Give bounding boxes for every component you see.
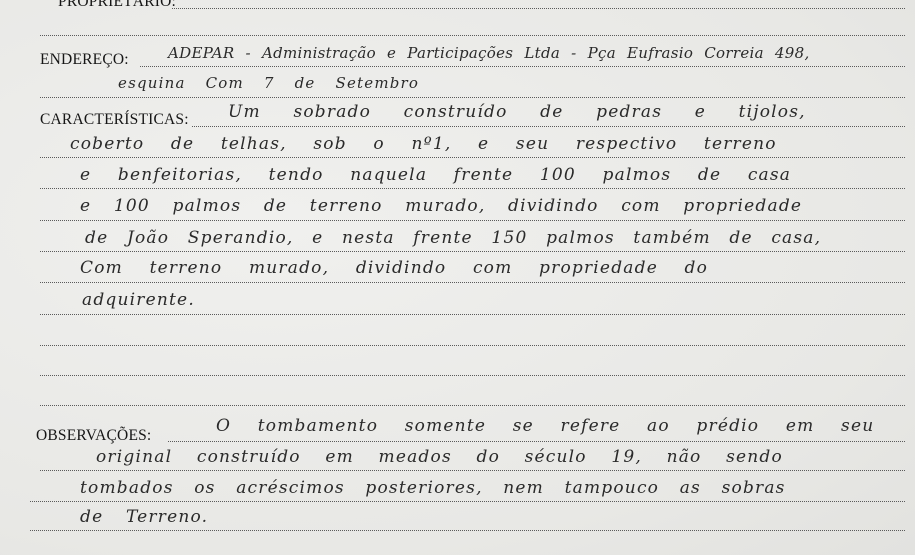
observacoes-line-3: tombados os acréscimos posteriores, nem … <box>80 480 786 497</box>
proprietario-label: PROPRIETÁRIO: <box>58 0 176 10</box>
observacoes-line-1: O tombamento somente se refere ao prédio… <box>216 418 874 435</box>
proprietario-rule-2 <box>40 35 905 36</box>
caracteristicas-rule-8 <box>40 345 905 346</box>
caracteristicas-rule-3 <box>40 188 905 189</box>
caracteristicas-line-4: e 100 palmos de terreno murado, dividind… <box>80 198 802 215</box>
caracteristicas-line-3: e benfeitorias, tendo naquela frente 100… <box>80 167 791 184</box>
observacoes-rule-3 <box>30 501 905 502</box>
observacoes-label: OBSERVAÇÕES: <box>36 428 151 444</box>
caracteristicas-rule-5 <box>40 251 905 252</box>
caracteristicas-rule-1 <box>192 126 905 127</box>
caracteristicas-line-6: Com terreno murado, dividindo com propri… <box>80 260 708 277</box>
proprietario-rule <box>172 8 905 9</box>
caracteristicas-rule-6 <box>40 282 905 283</box>
caracteristicas-label: CARACTERÍSTICAS: <box>40 112 189 128</box>
observacoes-rule-1 <box>168 441 905 442</box>
observacoes-rule-4 <box>30 530 905 531</box>
endereco-rule-1 <box>140 66 905 67</box>
endereco-rule-2 <box>40 97 905 98</box>
endereco-label: ENDEREÇO: <box>40 52 129 68</box>
caracteristicas-rule-10 <box>40 405 905 406</box>
caracteristicas-line-2: coberto de telhas, sob o nº1, e seu resp… <box>70 136 777 153</box>
caracteristicas-line-7: adquirente. <box>82 292 195 309</box>
caracteristicas-rule-7 <box>40 314 905 315</box>
form-page: PROPRIETÁRIO: ENDEREÇO: ADEPAR - Adminis… <box>0 0 915 555</box>
caracteristicas-line-5: de João Sperandio, e nesta frente 150 pa… <box>85 230 821 247</box>
endereco-line-1: ADEPAR - Administração e Participações L… <box>168 46 810 61</box>
caracteristicas-line-1: Um sobrado construído de pedras e tijolo… <box>228 104 806 121</box>
caracteristicas-rule-2 <box>40 157 905 158</box>
observacoes-line-4: de Terreno. <box>80 509 208 526</box>
caracteristicas-rule-9 <box>40 375 905 376</box>
observacoes-rule-2 <box>40 470 905 471</box>
endereco-line-2: esquina Com 7 de Setembro <box>118 76 419 91</box>
caracteristicas-rule-4 <box>40 220 905 221</box>
observacoes-line-2: original construído em meados do século … <box>96 449 783 466</box>
